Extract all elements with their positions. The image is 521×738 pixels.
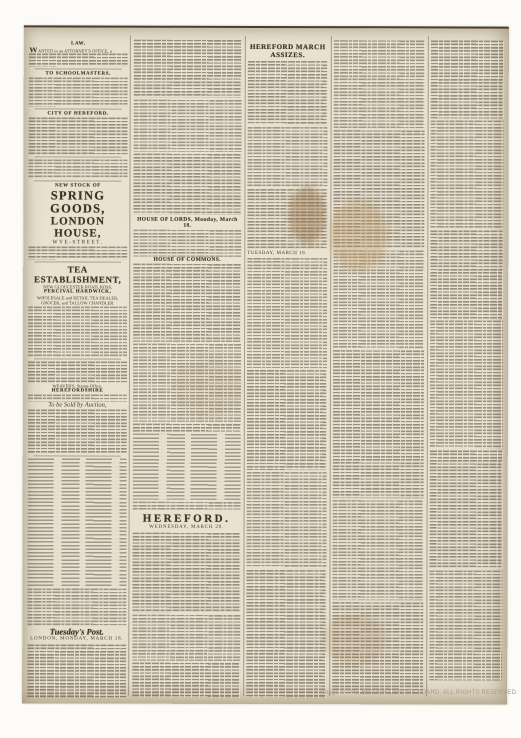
newspaper-scan: LAW. WANTED in an ATTORNEY'S OFFICE, a T… [0, 0, 521, 738]
library-watermark: Image © THE BRITISH LIBRARY BOARD. ALL R… [321, 690, 518, 696]
body-text [27, 588, 126, 626]
column-1-advertisements: LAW. WANTED in an ATTORNEY'S OFFICE, a T… [27, 39, 128, 697]
body-text [430, 230, 503, 318]
ad-rule [34, 358, 121, 359]
london-house-headline: LONDON HOUSE, [28, 215, 127, 239]
ad-rule [34, 261, 121, 262]
ad-text [28, 409, 127, 453]
ad-rule [34, 180, 121, 181]
column-divider [128, 36, 131, 696]
market-price-table [27, 458, 126, 586]
ad-text [29, 77, 128, 106]
ad-text [29, 117, 128, 154]
auction-heading: To be Sold by Auction, [28, 401, 127, 409]
body-text [247, 258, 327, 368]
body-text [247, 189, 327, 249]
column-2-news: HOUSE OF LORDS, Monday, March 18. HOUSE … [132, 40, 242, 698]
ad-text [28, 246, 127, 259]
tea-trade-line-2: GROCER, and TALLOW CHANDLER. [28, 300, 127, 305]
stocks-table [133, 434, 241, 500]
body-text [133, 230, 241, 257]
body-text [133, 344, 241, 422]
body-text [134, 40, 242, 98]
body-text [133, 154, 241, 215]
body-text [134, 100, 242, 152]
body-text [334, 40, 425, 128]
tuesday-subheading: TUESDAY, MARCH 19. [247, 251, 327, 257]
wye-street-line: WYE-STREET. [28, 239, 127, 245]
newspaper-page: LAW. WANTED in an ATTORNEY'S OFFICE, a T… [22, 25, 509, 704]
body-text [333, 250, 424, 348]
drop-capital: W [29, 47, 38, 53]
ad-rule [35, 108, 122, 109]
body-text [247, 127, 327, 187]
london-dateline: LONDON, MONDAY, MARCH 18. [27, 636, 126, 642]
assizes-heading: HEREFORD MARCH ASSIZES. [248, 43, 328, 59]
body-text [431, 40, 504, 118]
publication-dateline: WEDNESDAY, MARCH 20. [133, 525, 241, 531]
body-text [133, 264, 241, 342]
ad-rule [35, 68, 122, 69]
ad-text [28, 306, 127, 356]
body-text [246, 472, 326, 568]
body-text [132, 615, 240, 661]
body-text [429, 450, 502, 568]
ad-text [28, 361, 127, 383]
ad-rule [34, 455, 121, 456]
body-text [133, 424, 241, 432]
body-text [332, 602, 423, 694]
column-4-news [332, 40, 425, 698]
column-5-news [429, 40, 504, 698]
ad-text [28, 159, 127, 178]
body-text [27, 644, 126, 697]
body-text [429, 570, 502, 680]
hereford-masthead: HEREFORD. [133, 513, 241, 525]
body-text [246, 570, 326, 698]
ad-rule [35, 156, 122, 157]
house-of-commons-heading: HOUSE OF COMMONS. [133, 257, 241, 263]
body-text [132, 533, 240, 613]
spring-goods-headline: SPRING GOODS, [28, 189, 127, 215]
body-text [333, 350, 424, 498]
tuesdays-post-heading: Tuesday's Post. [27, 626, 126, 636]
body-text [430, 120, 503, 228]
body-text [430, 320, 503, 448]
body-text [133, 502, 241, 510]
body-text [247, 370, 327, 470]
ad-text [29, 53, 128, 66]
body-text [248, 61, 328, 125]
body-text [132, 663, 240, 698]
house-of-lords-heading: HOUSE OF LORDS, Monday, March 18. [133, 217, 241, 229]
body-text [332, 500, 423, 600]
column-3-assizes: HEREFORD MARCH ASSIZES. TUESDAY, MARCH 1… [246, 40, 328, 698]
body-text [333, 130, 424, 248]
tea-establishment-headline: TEA ESTABLISHMENT, [28, 264, 127, 284]
